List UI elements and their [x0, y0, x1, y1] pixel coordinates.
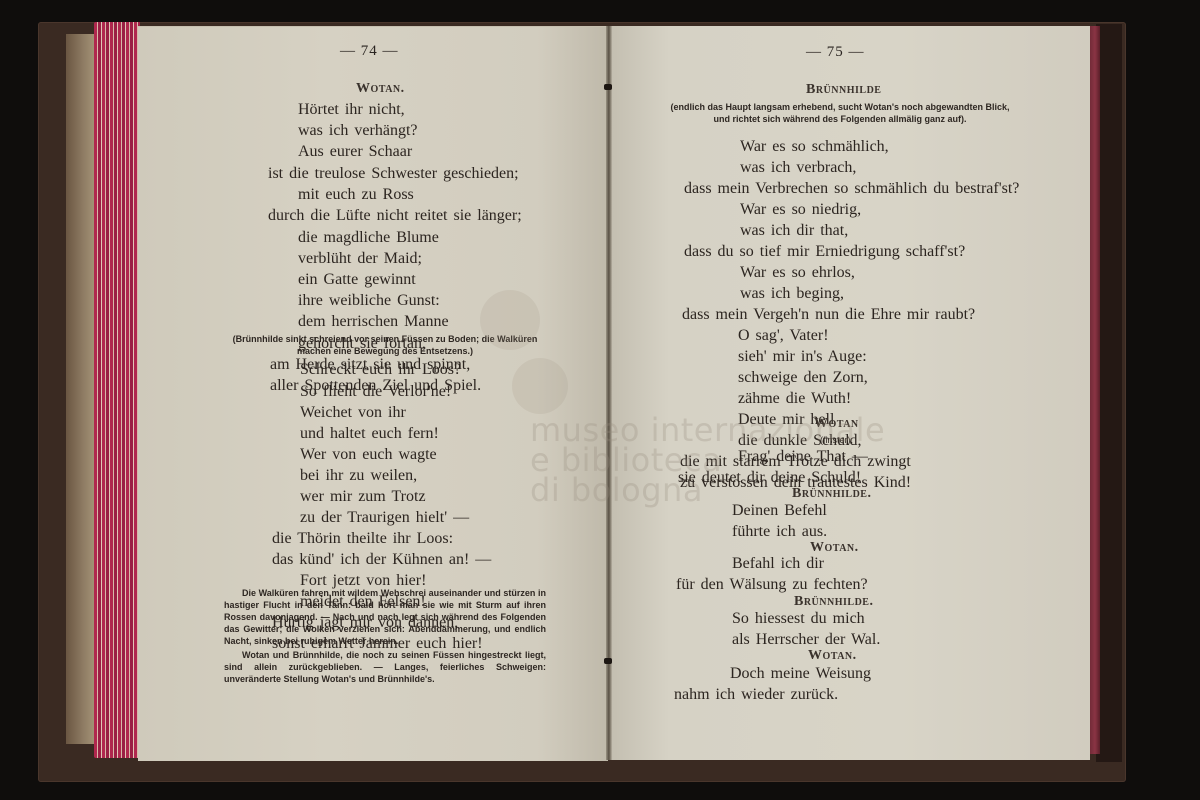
page-number: — 74 —: [340, 43, 399, 60]
page-number: — 75 —: [806, 44, 865, 61]
verse-line: So flieht die Verlor'ne!: [300, 381, 451, 403]
speaker-name: Wotan.: [356, 81, 405, 97]
verse-line: durch die Lüfte nicht reitet sie länger;: [268, 205, 522, 227]
verse-line: die Thörin theilte ihr Loos:: [272, 528, 453, 550]
verse-line: Schreckt euch ihr Loos?: [300, 359, 461, 381]
binding-thread: [604, 84, 612, 90]
watermark: museo internazionale e biblioteca di bol…: [530, 415, 885, 505]
verse-line: zu der Traurigen hielt' —: [300, 507, 469, 529]
verse-line: ein Gatte gewinnt: [298, 269, 416, 291]
verse-line: War es so ehrlos,: [740, 262, 855, 284]
speaker-name: Brünnhilde: [806, 82, 881, 98]
watermark-line: di bologna: [530, 475, 885, 505]
stage-direction: Die Walküren fahren mit wildem Wehschrei…: [224, 587, 546, 647]
binding-thread: [604, 658, 612, 664]
verse-line: dass mein Verbrechen so schmählich du be…: [684, 178, 1019, 200]
verse-line: Hörtet ihr nicht,: [298, 99, 405, 121]
verse-line: schweige den Zorn,: [738, 367, 868, 389]
watermark-logo: [480, 290, 540, 350]
verse-line: ihre weibliche Gunst:: [298, 290, 440, 312]
verse-line: ist die treulose Schwester geschieden;: [268, 163, 519, 185]
verse-line: Doch meine Weisung: [730, 663, 871, 685]
verse-line: Wer von euch wagte: [300, 444, 437, 466]
verse-line: die magdliche Blume: [298, 227, 439, 249]
verse-line: zähme die Wuth!: [738, 388, 851, 410]
watermark-logo: [512, 358, 568, 414]
verse-line: Weichet von ihr: [300, 402, 406, 424]
verse-line: und haltet euch fern!: [300, 423, 439, 445]
verse-line: War es so schmählich,: [740, 136, 889, 158]
verse-line: was ich beging,: [740, 283, 844, 305]
stage-direction: (endlich das Haupt langsam erhebend, suc…: [670, 101, 1010, 125]
verse-line: dass du so tief mir Erniedrigung schaff'…: [684, 241, 965, 263]
verse-line: was ich verhängt?: [298, 120, 418, 142]
verse-line: was ich verbrach,: [740, 157, 856, 179]
verse-line: Befahl ich dir: [732, 553, 824, 575]
verse-line: verblüht der Maid;: [298, 248, 422, 270]
verse-line: Aus eurer Schaar: [298, 141, 412, 163]
verse-line: War es so niedrig,: [740, 199, 861, 221]
verse-line: für den Wälsung zu fechten?: [676, 574, 868, 596]
verse-line: O sag', Vater!: [738, 325, 829, 347]
right-page: — 75 — Brünnhilde (endlich das Haupt lan…: [612, 26, 1090, 760]
verse-line: wer mir zum Trotz: [300, 486, 426, 508]
page-edges-left: [94, 22, 140, 758]
verse-line: sieh' mir in's Auge:: [738, 346, 867, 368]
verse-line: So hiessest du mich: [732, 608, 865, 630]
verse-line: nahm ich wieder zurück.: [674, 684, 838, 706]
verse-line: als Herrscher der Wal.: [732, 629, 880, 651]
verse-line: dass mein Vergeh'n nun die Ehre mir raub…: [682, 304, 975, 326]
verse-line: das künd' ich der Kühnen an! —: [272, 549, 491, 571]
stage-direction: Wotan und Brünnhilde, die noch zu seinen…: [224, 649, 546, 685]
speaker-name: Wotan.: [808, 648, 857, 664]
verse-line: dem herrischen Manne: [298, 311, 449, 333]
verse-line: was ich dir that,: [740, 220, 848, 242]
verse-line: mit euch zu Ross: [298, 184, 414, 206]
verse-line: bei ihr zu weilen,: [300, 465, 417, 487]
